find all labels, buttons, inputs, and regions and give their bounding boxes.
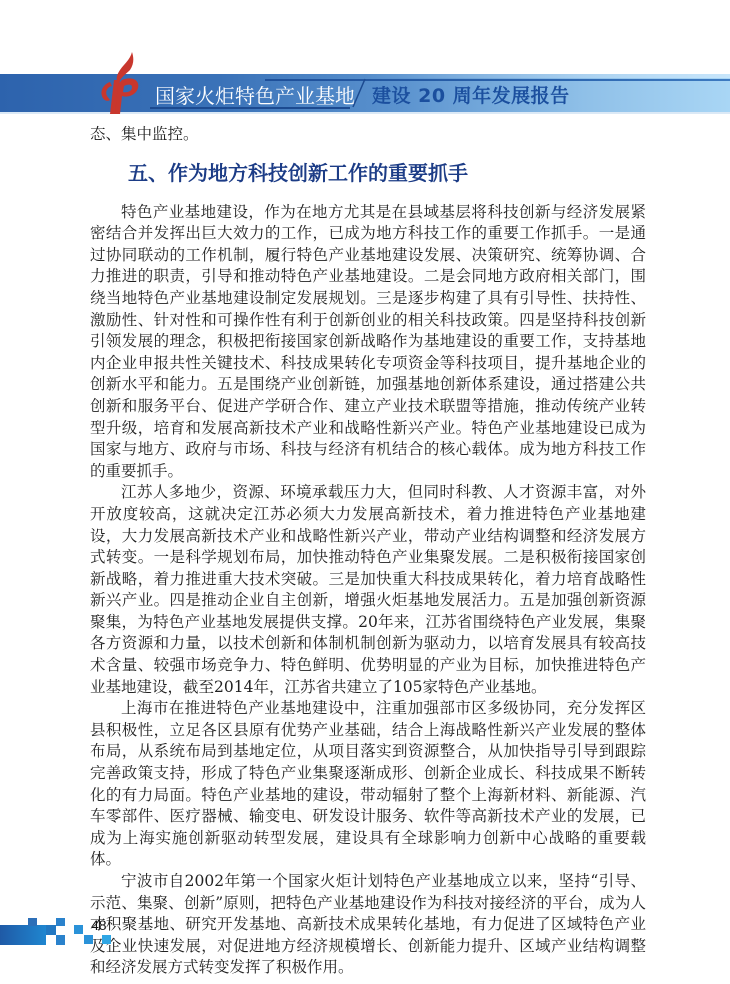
- publication-title: 国家火炬特色产业基地: [155, 80, 355, 109]
- paragraph: 宁波市自2002年第一个国家火炬计划特色产业基地成立以来，坚持“引导、示范、集聚…: [90, 871, 646, 979]
- paragraph: 江苏人多地少，资源、环境承载压力大，但同时科教、人才资源丰富，对外开放度较高，这…: [90, 482, 646, 698]
- paragraph: 特色产业基地建设，作为在地方尤其是在县域基层将科技创新与经济发展紧密结合并发挥出…: [90, 202, 646, 483]
- page-number: 48: [91, 917, 107, 933]
- title-underline: [150, 107, 350, 109]
- section-heading: 五、作为地方科技创新工作的重要抓手: [90, 160, 646, 186]
- torch-flame-logo-icon: [94, 52, 148, 114]
- continuation-text: 态、集中监控。: [90, 124, 646, 146]
- paragraph: 上海市在推进特色产业基地建设中，注重加强部市区多级协同，充分发挥区县积极性，立足…: [90, 698, 646, 871]
- document-body: 态、集中监控。 五、作为地方科技创新工作的重要抓手 特色产业基地建设，作为在地方…: [90, 124, 646, 979]
- slash-divider-icon: [352, 78, 366, 108]
- publication-subtitle: 建设 20 周年发展报告: [372, 81, 570, 108]
